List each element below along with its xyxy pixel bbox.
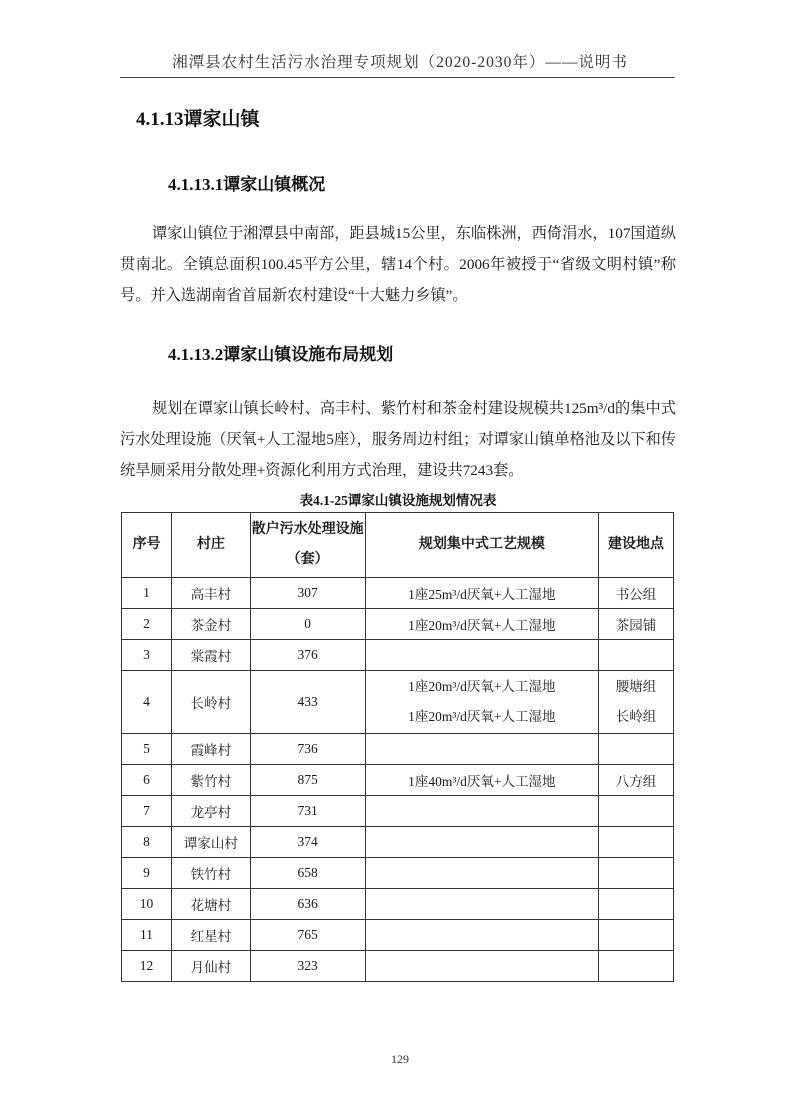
header-divider xyxy=(120,77,675,78)
table-caption: 表4.1-25谭家山镇设施规划情况表 xyxy=(120,489,676,509)
facilities-table: 序号 村庄 散户污水处理设施 （套） 规划集中式工艺规模 建设地点 1 高丰村 … xyxy=(121,512,674,982)
table-row: 10 花塘村 636 xyxy=(122,889,674,920)
cell-centralized-line: 1座20m³/d厌氧+人工湿地 xyxy=(366,672,599,702)
cell-dispersed: 323 xyxy=(250,951,365,982)
cell-dispersed: 376 xyxy=(250,640,365,671)
cell-index: 2 xyxy=(122,609,172,640)
table-row: 7 龙亭村 731 xyxy=(122,796,674,827)
cell-centralized xyxy=(365,951,599,982)
cell-dispersed: 875 xyxy=(250,765,365,796)
cell-centralized xyxy=(365,827,599,858)
cell-location xyxy=(599,920,674,951)
cell-index: 12 xyxy=(122,951,172,982)
cell-index: 9 xyxy=(122,858,172,889)
cell-dispersed: 374 xyxy=(250,827,365,858)
cell-index: 1 xyxy=(122,578,172,609)
cell-index: 3 xyxy=(122,640,172,671)
cell-village: 长岭村 xyxy=(171,671,250,734)
table-row: 2 茶金村 0 1座20m³/d厌氧+人工湿地 茶园铺 xyxy=(122,609,674,640)
table-row: 5 霞峰村 736 xyxy=(122,734,674,765)
table-row: 1 高丰村 307 1座25m³/d厌氧+人工湿地 书公组 xyxy=(122,578,674,609)
overview-paragraph: 谭家山镇位于湘潭县中南部，距县城15公里，东临株洲，西倚涓水，107国道纵贯南北… xyxy=(120,218,676,311)
cell-location xyxy=(599,827,674,858)
table-row: 12 月仙村 323 xyxy=(122,951,674,982)
column-header-dispersed-line1: 散户污水处理设施 xyxy=(251,515,365,545)
cell-village: 谭家山村 xyxy=(171,827,250,858)
subsection-heading-overview: 4.1.13.1谭家山镇概况 xyxy=(168,170,325,195)
layout-plan-paragraph: 规划在谭家山镇长岭村、高丰村、紫竹村和茶金村建设规模共125m³/d的集中式污水… xyxy=(120,393,676,486)
cell-village: 龙亭村 xyxy=(171,796,250,827)
column-header-dispersed: 散户污水处理设施 （套） xyxy=(250,513,365,578)
cell-location: 腰塘组 长岭组 xyxy=(599,671,674,734)
cell-location xyxy=(599,889,674,920)
column-header-dispersed-line2: （套） xyxy=(251,545,365,575)
cell-village: 茶金村 xyxy=(171,609,250,640)
cell-centralized xyxy=(365,734,599,765)
cell-centralized-line: 1座20m³/d厌氧+人工湿地 xyxy=(366,702,599,732)
cell-centralized xyxy=(365,796,599,827)
table-row: 8 谭家山村 374 xyxy=(122,827,674,858)
table-header-row: 序号 村庄 散户污水处理设施 （套） 规划集中式工艺规模 建设地点 xyxy=(122,513,674,578)
cell-index: 6 xyxy=(122,765,172,796)
section-heading: 4.1.13谭家山镇 xyxy=(136,104,260,131)
cell-village: 棠霞村 xyxy=(171,640,250,671)
cell-centralized: 1座20m³/d厌氧+人工湿地 1座20m³/d厌氧+人工湿地 xyxy=(365,671,599,734)
cell-location xyxy=(599,951,674,982)
cell-dispersed: 765 xyxy=(250,920,365,951)
cell-dispersed: 636 xyxy=(250,889,365,920)
cell-index: 10 xyxy=(122,889,172,920)
cell-centralized xyxy=(365,889,599,920)
cell-village: 高丰村 xyxy=(171,578,250,609)
cell-location xyxy=(599,858,674,889)
column-header-village: 村庄 xyxy=(171,513,250,578)
cell-index: 7 xyxy=(122,796,172,827)
cell-centralized xyxy=(365,858,599,889)
cell-location: 八方组 xyxy=(599,765,674,796)
cell-village: 花塘村 xyxy=(171,889,250,920)
document-title: 湘潭县农村生活污水治理专项规划（2020-2030年）——说明书 xyxy=(120,50,680,72)
cell-centralized: 1座20m³/d厌氧+人工湿地 xyxy=(365,609,599,640)
table-row: 6 紫竹村 875 1座40m³/d厌氧+人工湿地 八方组 xyxy=(122,765,674,796)
cell-dispersed: 433 xyxy=(250,671,365,734)
column-header-index: 序号 xyxy=(122,513,172,578)
cell-location xyxy=(599,640,674,671)
cell-village: 铁竹村 xyxy=(171,858,250,889)
cell-index: 11 xyxy=(122,920,172,951)
cell-centralized xyxy=(365,920,599,951)
cell-dispersed: 658 xyxy=(250,858,365,889)
table-row: 3 棠霞村 376 xyxy=(122,640,674,671)
cell-dispersed: 307 xyxy=(250,578,365,609)
table-row: 9 铁竹村 658 xyxy=(122,858,674,889)
cell-location: 茶园铺 xyxy=(599,609,674,640)
cell-location-line: 腰塘组 xyxy=(599,672,673,702)
cell-location: 书公组 xyxy=(599,578,674,609)
cell-village: 红星村 xyxy=(171,920,250,951)
cell-dispersed: 0 xyxy=(250,609,365,640)
column-header-location: 建设地点 xyxy=(599,513,674,578)
cell-village: 紫竹村 xyxy=(171,765,250,796)
cell-index: 5 xyxy=(122,734,172,765)
cell-centralized: 1座40m³/d厌氧+人工湿地 xyxy=(365,765,599,796)
cell-centralized: 1座25m³/d厌氧+人工湿地 xyxy=(365,578,599,609)
cell-centralized xyxy=(365,640,599,671)
cell-village: 月仙村 xyxy=(171,951,250,982)
table-row: 11 红星村 765 xyxy=(122,920,674,951)
page-number: 129 xyxy=(350,1052,450,1067)
cell-location xyxy=(599,734,674,765)
subsection-heading-layout-plan: 4.1.13.2谭家山镇设施布局规划 xyxy=(168,340,393,365)
cell-location xyxy=(599,796,674,827)
cell-index: 8 xyxy=(122,827,172,858)
column-header-centralized: 规划集中式工艺规模 xyxy=(365,513,599,578)
cell-village: 霞峰村 xyxy=(171,734,250,765)
cell-dispersed: 736 xyxy=(250,734,365,765)
cell-index: 4 xyxy=(122,671,172,734)
table-row: 4 长岭村 433 1座20m³/d厌氧+人工湿地 1座20m³/d厌氧+人工湿… xyxy=(122,671,674,734)
cell-dispersed: 731 xyxy=(250,796,365,827)
cell-location-line: 长岭组 xyxy=(599,702,673,732)
